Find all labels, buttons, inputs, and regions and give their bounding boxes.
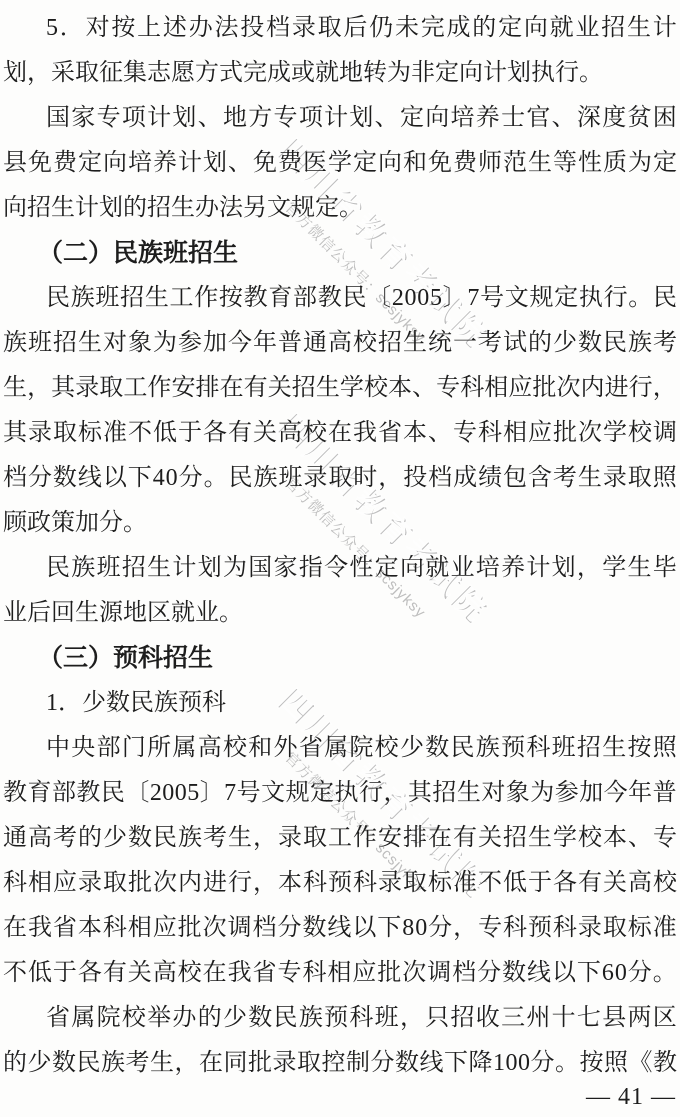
text-line: 1．少数民族预科 (0, 681, 680, 726)
text-line: 族班招生对象为参加今年普通高校招生统一考试的少数民族考 (0, 321, 680, 366)
text-line: 教育部教民〔2005〕7号文规定执行，其招生对象为参加今年普 (0, 771, 680, 816)
text-line: 顾政策加分。 (0, 501, 680, 546)
text-line: 划，采取征集志愿方式完成或就地转为非定向计划执行。 (0, 51, 680, 96)
text-line: 档分数线以下40分。民族班录取时，投档成绩包含考生录取照 (0, 456, 680, 501)
text-line: （二）民族班招生 (0, 231, 680, 276)
text-line: 省属院校举办的少数民族预科班，只招收三州十七县两区 (0, 996, 680, 1041)
text-line: 的少数民族考生，在同批录取控制分数线下降100分。按照《教 (0, 1041, 680, 1086)
text-line: 生，其录取工作安排在有关招生学校本、专科相应批次内进行， (0, 366, 680, 411)
text-line: 县免费定向培养计划、免费医学定向和免费师范生等性质为定 (0, 141, 680, 186)
text-line: 5．对按上述办法投档录取后仍未完成的定向就业招生计 (0, 6, 680, 51)
text-line: 在我省本科相应批次调档分数线以下80分，专科预科录取标准 (0, 906, 680, 951)
text-line: 国家专项计划、地方专项计划、定向培养士官、深度贫困 (0, 96, 680, 141)
text-line: 中央部门所属高校和外省属院校少数民族预科班招生按照 (0, 726, 680, 771)
document-page: 四川省教育考试院官方微信公众号：scsjyksy四川省教育考试院官方微信公众号：… (0, 0, 680, 1117)
document-lines: 5．对按上述办法投档录取后仍未完成的定向就业招生计划，采取征集志愿方式完成或就地… (0, 0, 680, 1086)
text-line: 通高考的少数民族考生，录取工作安排在有关招生学校本、专 (0, 816, 680, 861)
text-line: 其录取标准不低于各有关高校在我省本、专科相应批次学校调 (0, 411, 680, 456)
text-line: 向招生计划的招生办法另文规定。 (0, 186, 680, 231)
text-line: 民族班招生计划为国家指令性定向就业培养计划，学生毕 (0, 546, 680, 591)
text-line: 民族班招生工作按教育部教民〔2005〕7号文规定执行。民 (0, 276, 680, 321)
text-line: 科相应录取批次内进行，本科预科录取标准不低于各有关高校 (0, 861, 680, 906)
page-number: — 41 — (586, 1084, 676, 1111)
text-line: 业后回生源地区就业。 (0, 591, 680, 636)
text-line: （三）预科招生 (0, 636, 680, 681)
text-line: 不低于各有关高校在我省专科相应批次调档分数线以下60分。 (0, 951, 680, 996)
